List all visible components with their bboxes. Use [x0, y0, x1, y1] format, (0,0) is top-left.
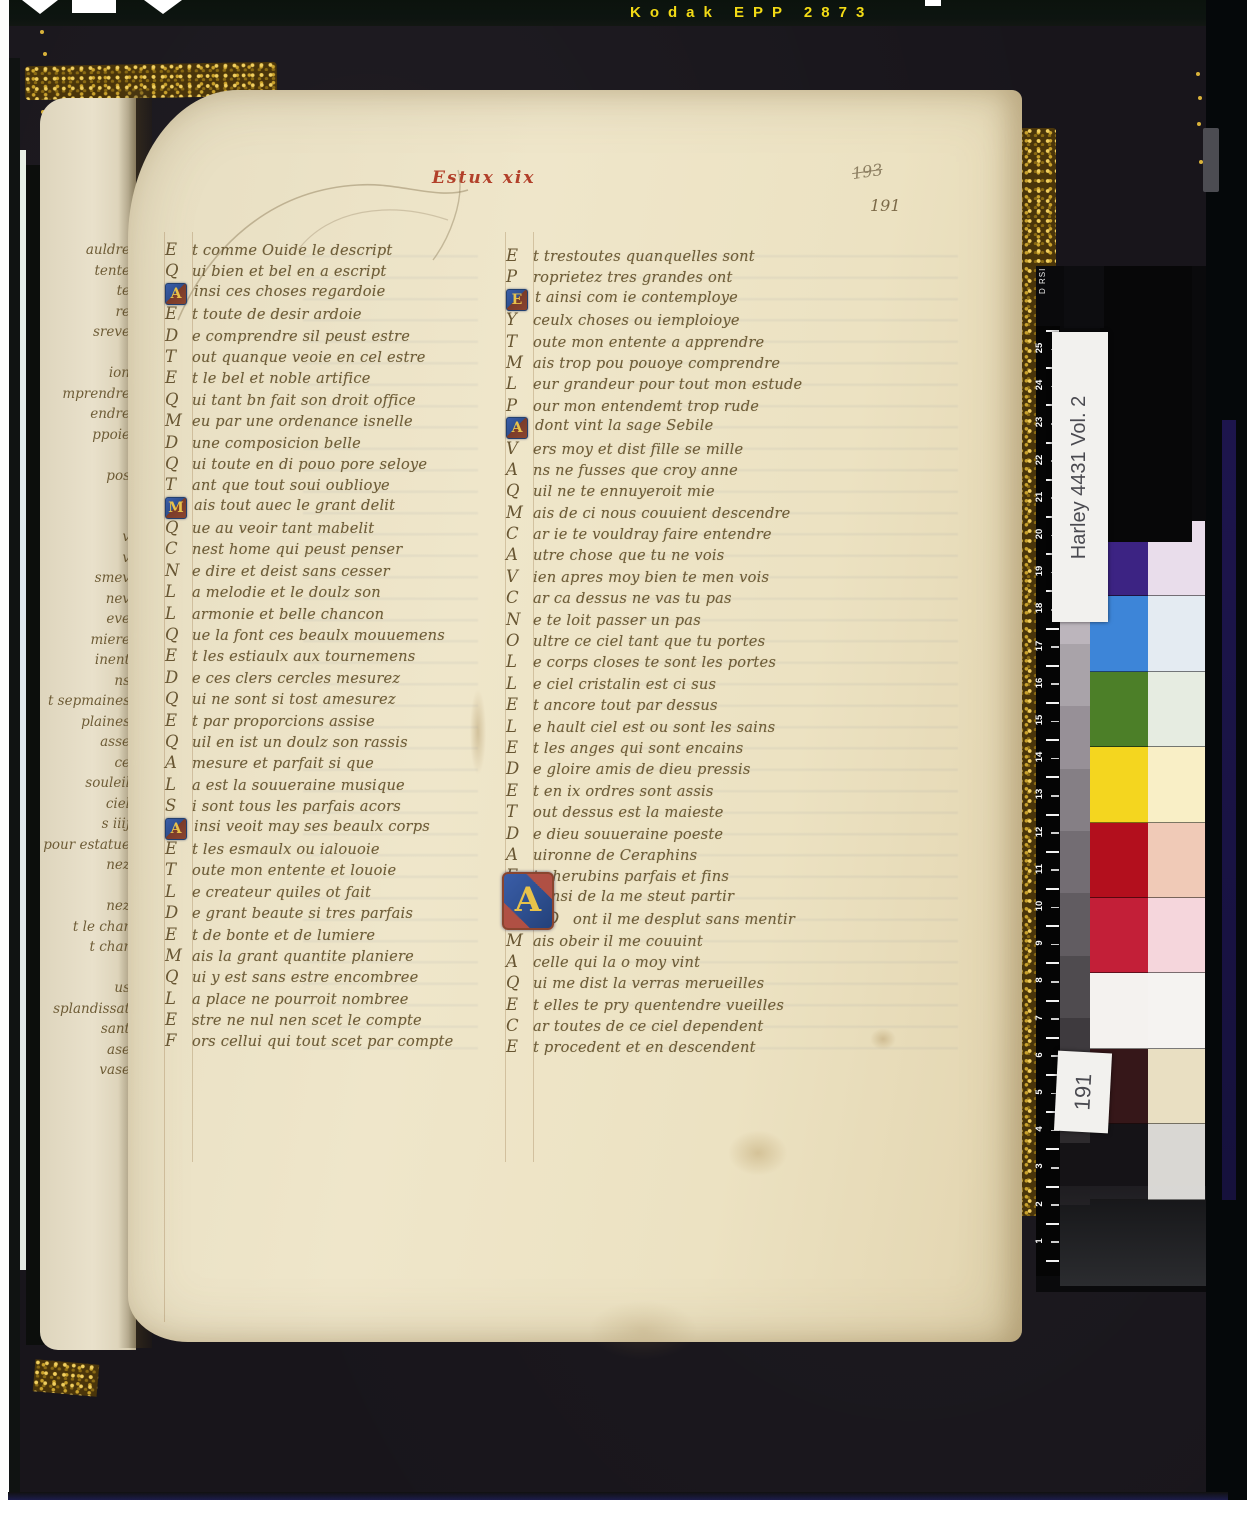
verse-line: Car ca dessus ne vas tu pas — [506, 588, 856, 609]
verse-line: Ainsi ces choses regardoie — [165, 283, 501, 304]
verse-capital: P — [506, 267, 533, 286]
verse-line: Yceulx choses ou iemploioye — [506, 310, 856, 331]
verse-capital: Q — [165, 454, 192, 473]
facing-line-fragment — [40, 445, 130, 466]
patch-maroon-pale — [1148, 1049, 1205, 1124]
patch-red-pale — [1148, 823, 1205, 898]
verse-line: Qui me dist la verras merueilles — [506, 973, 856, 994]
verse-capital: D — [165, 903, 192, 922]
verse-text: a melodie et le doulz son — [192, 584, 381, 601]
facing-line-fragment: inent — [40, 650, 130, 671]
verse-capital: L — [165, 582, 192, 601]
verse-text: uil ne te ennuyeroit mie — [533, 483, 715, 500]
verse-line: Adont vint la sage Sebile — [506, 417, 856, 438]
ruler-tick — [1046, 1000, 1059, 1002]
verse-capital: F — [165, 1031, 192, 1050]
gold-speck — [40, 30, 44, 34]
verse-line: De grant beaute si tres parfais — [165, 903, 501, 924]
verse-line: Que au veoir tant mabelit — [165, 518, 501, 539]
film-notch — [925, 0, 941, 6]
verse-text: ont il me desplut sans mentir — [573, 911, 795, 928]
verse-capital: D — [506, 759, 533, 778]
verse-line: Et comme Ouide le descript — [165, 240, 501, 261]
verse-capital: M — [506, 353, 533, 372]
verse-text: t toute de desir ardoie — [192, 306, 362, 323]
ruler-tick — [1046, 665, 1059, 667]
verse-text: t le bel et noble artifice — [192, 370, 371, 387]
ruler-number: 9 — [1034, 933, 1054, 953]
ruler-tick — [1046, 851, 1059, 853]
facing-line-fragment: pour estatue — [40, 835, 130, 856]
verse-capital: Q — [506, 973, 533, 992]
ruler-number: 11 — [1034, 859, 1054, 879]
verse-line: Car toutes de ce ciel dependent — [506, 1016, 856, 1037]
ruler-tick — [1046, 776, 1059, 778]
verse-line: Et ancore tout par dessus — [506, 695, 856, 716]
ruler-number: 19 — [1034, 561, 1054, 581]
verse-capital: L — [506, 674, 533, 693]
ruler-tick — [1046, 702, 1059, 704]
verse-line: Et procedent et en descendent — [506, 1037, 856, 1058]
film-caption: Kodak EPP 2873 — [630, 4, 873, 21]
running-header-rubric: Estux xix — [432, 168, 536, 188]
film-border-bottom — [0, 1500, 1247, 1536]
ruler-number: 20 — [1034, 524, 1054, 544]
verse-capital: T — [506, 332, 533, 351]
verse-capital: Q — [165, 689, 192, 708]
verse-capital: E — [165, 646, 192, 665]
mount-tab — [1203, 128, 1219, 192]
verse-capital: T — [165, 475, 192, 494]
ruler-number: 3 — [1034, 1156, 1054, 1176]
verse-capital: L — [506, 652, 533, 671]
verse-line: Meu par une ordenance isnelle — [165, 411, 501, 432]
verse-capital: E — [506, 246, 533, 265]
verse-line: Tout dessus est la maieste — [506, 802, 856, 823]
verse-capital: E — [165, 711, 192, 730]
verse-capital: E — [506, 1037, 533, 1056]
ruler-tick — [1046, 1148, 1059, 1150]
chart-black-panel — [1100, 266, 1192, 542]
facing-line-fragment — [40, 343, 130, 364]
ruler-number: 12 — [1034, 822, 1054, 842]
verse-capital: Q — [165, 967, 192, 986]
verse-text: ar toutes de ce ciel dependent — [533, 1018, 763, 1035]
facing-line-fragment: ce — [40, 753, 130, 774]
illuminated-initial-small: A — [165, 283, 187, 305]
verse-capital: Q — [165, 732, 192, 751]
facing-line-fragment: us — [40, 978, 130, 999]
verse-text: t les anges qui sont encains — [533, 740, 743, 757]
ruler-number: 1 — [1034, 1231, 1054, 1251]
verse-text: t les estiaulx aux tournemens — [192, 648, 415, 665]
verse-text: e dieu souueraine poeste — [533, 826, 723, 843]
grayscale-step — [1060, 706, 1090, 768]
verse-capital: L — [506, 717, 533, 736]
illuminated-initial-small: E — [506, 289, 528, 311]
ruler-number: 13 — [1034, 784, 1054, 804]
verse-text: ui tant bn fait son droit office — [192, 392, 416, 409]
verse-capital: T — [165, 347, 192, 366]
ruler-tick — [1046, 888, 1059, 890]
verse-capital: E — [165, 839, 192, 858]
verse-line: insi de la me steut partir — [506, 888, 856, 909]
patch-yellow-pale — [1148, 747, 1205, 822]
facing-line-fragment — [40, 876, 130, 897]
verse-line: Mais obeir il me couuint — [506, 931, 856, 952]
gold-speck — [1198, 96, 1202, 100]
verse-line: Ne dire et deist sans cesser — [165, 561, 501, 582]
facing-line-fragment — [40, 958, 130, 979]
scale-caption: D RSI — [1038, 268, 1047, 294]
verse-capital: V — [506, 567, 533, 586]
facing-line-fragment: pos — [40, 466, 130, 487]
verse-text: t cherubins parfais et fins — [533, 868, 729, 885]
verse-capital: O — [506, 631, 533, 650]
verse-text: e gloire amis de dieu pressis — [533, 761, 751, 778]
folio-label-text: 191 — [1069, 1073, 1097, 1111]
verse-text: out dessus est la maieste — [533, 804, 724, 821]
facing-page-fragments: auldretenteteresreveionmprendreendreppoi… — [40, 240, 130, 1081]
gold-speck — [1196, 72, 1200, 76]
verse-text: ais la grant quantite planiere — [192, 948, 414, 965]
grayscale-step — [1060, 956, 1090, 1018]
manuscript-photograph: Kodak EPP 2873 auldretenteteresreveionmp… — [0, 0, 1247, 1536]
verse-capital: L — [165, 989, 192, 1008]
verse-line: Larmonie et belle chancon — [165, 604, 501, 625]
verse-capital: C — [506, 1016, 533, 1035]
verse-text: roprietez tres grandes ont — [533, 269, 733, 286]
ruler-number: 21 — [1034, 487, 1054, 507]
verse-text: e ces clers cercles mesurez — [192, 670, 400, 687]
verse-text: ui toute en di pouo pore seloye — [192, 456, 427, 473]
verse-line: Qui ne sont si tost amesurez — [165, 689, 501, 710]
ruler-tick — [1046, 1260, 1059, 1262]
verse-text: oute mon entente et louoie — [192, 862, 396, 879]
facing-line-fragment: sant — [40, 1019, 130, 1040]
illuminated-initial-small: M — [165, 497, 187, 519]
verse-capital: A — [165, 753, 192, 772]
facing-line-fragment — [40, 507, 130, 528]
verse-text: t ancore tout par dessus — [533, 697, 718, 714]
parchment-stain — [588, 1300, 698, 1360]
verse-capital: M — [506, 931, 533, 950]
verse-line: Oultre ce ciel tant que tu portes — [506, 631, 856, 652]
verse-text: ais obeir il me couuint — [533, 933, 703, 950]
patch-row — [1090, 672, 1205, 747]
patch-green-pale — [1148, 672, 1205, 747]
facing-line-fragment: nev — [40, 589, 130, 610]
verse-line: De ces clers cercles mesurez — [165, 668, 501, 689]
verse-text: celle qui la o moy vint — [533, 954, 700, 971]
parchment-stain — [728, 1130, 788, 1176]
verse-line: Le corps closes te sont les portes — [506, 652, 856, 673]
chart-black-top — [1064, 266, 1104, 328]
verse-text: une composicion belle — [192, 435, 361, 452]
ruler-number: 6 — [1034, 1045, 1054, 1065]
verse-line: Amesure et parfait si que — [165, 753, 501, 774]
verse-text: e corps closes te sont les portes — [533, 654, 776, 671]
facing-line-fragment: ion — [40, 363, 130, 384]
ruler-number: 15 — [1034, 710, 1054, 730]
verse-text: utre chose que tu ne vois — [533, 547, 724, 564]
verse-text: uil en ist un doulz son rassis — [192, 734, 408, 751]
facing-line-fragment: re — [40, 302, 130, 323]
verse-capital: A — [506, 952, 533, 971]
facing-line-fragment: nez — [40, 855, 130, 876]
verse-text: t comme Ouide le descript — [192, 242, 393, 259]
verse-text: ui y est sans estre encombree — [192, 969, 418, 986]
facing-line-fragment: nez — [40, 896, 130, 917]
facing-line-fragment: smev — [40, 568, 130, 589]
verse-line: Mais la grant quantite planiere — [165, 946, 501, 967]
folio-label: 191 — [1054, 1051, 1112, 1134]
verse-capital: E — [165, 304, 192, 323]
verse-capital: N — [506, 610, 533, 629]
verse-line: Et cherubins parfais et fins — [506, 866, 856, 887]
verse-capital: Q — [165, 261, 192, 280]
verse-line: Mais trop pou pouoye comprendre — [506, 353, 856, 374]
verse-text: e grant beaute si tres parfais — [192, 905, 413, 922]
patch-white-pale — [1148, 973, 1205, 1048]
facing-line-fragment: splandissat — [40, 999, 130, 1020]
verse-capital: C — [506, 588, 533, 607]
ruler-number: 14 — [1034, 747, 1054, 767]
patch-blue-pale — [1148, 596, 1205, 671]
verse-line: Qui bien et bel en a escript — [165, 261, 501, 282]
verse-text: a est la souueraine musique — [192, 777, 405, 794]
verse-line: Dune composicion belle — [165, 433, 501, 454]
facing-line-fragment: mprendre — [40, 384, 130, 405]
ruler-number: 5 — [1034, 1082, 1054, 1102]
ruler-number: 16 — [1034, 673, 1054, 693]
verse-line: Et les estiaulx aux tournemens — [165, 646, 501, 667]
verse-text: t par proporcions assise — [192, 713, 375, 730]
verse-line: Auironne de Ceraphins — [506, 845, 856, 866]
verse-capital: Q — [165, 390, 192, 409]
film-light-streak — [1222, 420, 1236, 1200]
ruler-number: 10 — [1034, 896, 1054, 916]
film-rebate-left — [9, 58, 20, 1508]
facing-line-fragment: eve — [40, 609, 130, 630]
ruler-tick — [1046, 962, 1059, 964]
verse-capital: E — [165, 925, 192, 944]
color-calibration-chart: 2524232221201918171615141312111098765432… — [1036, 266, 1206, 1292]
verse-capital: C — [165, 539, 192, 558]
verse-line: Le hault ciel est ou sont les sains — [506, 717, 856, 738]
ruler-tick — [1046, 1037, 1059, 1039]
ruler-number: 23 — [1034, 412, 1054, 432]
verse-line: Quil en ist un doulz son rassis — [165, 732, 501, 753]
volume-label-text: Harley 4431 Vol. 2 — [1069, 395, 1092, 558]
verse-line: Quil ne te ennuyeroit mie — [506, 481, 856, 502]
patch-white — [1090, 973, 1148, 1048]
verse-line: Qui y est sans estre encombree — [165, 967, 501, 988]
film-fringe-bottom — [8, 1492, 1228, 1500]
verse-line: Qui toute en di pouo pore seloye — [165, 454, 501, 475]
ruler-number: 2 — [1034, 1194, 1054, 1214]
verse-capital: E — [506, 995, 533, 1014]
text-column-right: Et trestoutes quanquelles sontProprietez… — [506, 246, 856, 1059]
verse-text: ais trop pou pouoye comprendre — [533, 355, 780, 372]
verse-text: e createur quiles ot fait — [192, 884, 371, 901]
verse-line: Pour mon entendemt trop rude — [506, 396, 856, 417]
volume-label: Harley 4431 Vol. 2 — [1052, 332, 1108, 622]
verse-text: ue la font ces beaulx mouuemens — [192, 627, 445, 644]
verse-line: Et elles te pry quentendre vueilles — [506, 995, 856, 1016]
illuminated-initial-large: A — [502, 872, 554, 930]
facing-line-fragment: ns — [40, 671, 130, 692]
verse-line: Car ie te vouldray faire entendre — [506, 524, 856, 545]
patch-crimson — [1090, 898, 1148, 973]
verse-capital: D — [165, 668, 192, 687]
verse-capital: D — [165, 326, 192, 345]
verse-line: Et les anges qui sont encains — [506, 738, 856, 759]
verse-text: uironne de Ceraphins — [533, 847, 697, 864]
verse-capital: E — [165, 368, 192, 387]
verse-text: eur grandeur pour tout mon estude — [533, 376, 802, 393]
verse-capital: N — [165, 561, 192, 580]
facing-line-fragment: endre — [40, 404, 130, 425]
verse-capital: S — [165, 796, 192, 815]
verse-line: Et en ix ordres sont assis — [506, 781, 856, 802]
verse-line: Et de bonte et de lumiere — [165, 925, 501, 946]
facing-line-fragment: v — [40, 548, 130, 569]
verse-line: Qui tant bn fait son droit office — [165, 390, 501, 411]
verse-capital: Q — [165, 625, 192, 644]
verse-text: ais tout auec le grant delit — [194, 497, 395, 514]
verse-line: Mais tout auec le grant delit — [165, 497, 501, 518]
facing-line-fragment: miere — [40, 630, 130, 651]
verse-capital: A — [506, 460, 533, 479]
verse-line: Tant que tout soui oublioye — [165, 475, 501, 496]
verse-capital: E — [506, 781, 533, 800]
verse-text: out quanque veoie en cel estre — [192, 349, 426, 366]
verse-line: Et le bel et noble artifice — [165, 368, 501, 389]
verse-text: t procedent et en descendent — [533, 1039, 756, 1056]
facing-line-fragment: v — [40, 527, 130, 548]
grayscale-step — [1060, 769, 1090, 831]
verse-text: ceulx choses ou iemploioye — [533, 312, 740, 329]
verse-text: mesure et parfait si que — [192, 755, 374, 772]
verse-line: La place ne pourroit nombree — [165, 989, 501, 1010]
verse-capital: L — [165, 775, 192, 794]
gilt-edge-bottom — [33, 1359, 100, 1396]
verse-text: ar ie te vouldray faire entendre — [533, 526, 772, 543]
verse-line: De dieu souueraine poeste — [506, 824, 856, 845]
verse-text: e hault ciel est ou sont les sains — [533, 719, 775, 736]
illuminated-initial-small: A — [165, 818, 187, 840]
verse-text: dont vint la sage Sebile — [535, 417, 713, 434]
verse-line: Que la font ces beaulx mouuemens — [165, 625, 501, 646]
verse-line: Vers moy et dist fille se mille — [506, 439, 856, 460]
ruler-tick — [1046, 925, 1059, 927]
verse-text: t de bonte et de lumiere — [192, 927, 375, 944]
patch-row — [1090, 898, 1205, 973]
verse-line: Et toute de desir ardoie — [165, 304, 501, 325]
facing-line-fragment — [40, 486, 130, 507]
verse-line: Si sont tous les parfais acors — [165, 796, 501, 817]
verse-line: Leur grandeur pour tout mon estude — [506, 374, 856, 395]
verse-text: e ciel cristalin est ci sus — [533, 676, 716, 693]
verse-text: ors cellui qui tout scet par compte — [192, 1033, 453, 1050]
verse-text: a place ne pourroit nombree — [192, 991, 409, 1008]
verse-line: Et par proporcions assise — [165, 711, 501, 732]
patch-row — [1090, 747, 1205, 822]
verse-line: La melodie et le doulz son — [165, 582, 501, 603]
verse-line: Mais de ci nous couuient descendre — [506, 503, 856, 524]
verse-line: Dont il me desplut sans mentir — [506, 909, 856, 930]
verse-capital: D — [506, 824, 533, 843]
ruler-number: 25 — [1034, 338, 1054, 358]
ruler-tick — [1046, 739, 1059, 741]
ruler-number: 22 — [1034, 450, 1054, 470]
facing-line-fragment: auldre — [40, 240, 130, 261]
verse-line: Le ciel cristalin est ci sus — [506, 674, 856, 695]
facing-line-fragment: plaines — [40, 712, 130, 733]
verse-line: De comprendre sil peust estre — [165, 326, 501, 347]
verse-line: Tout quanque veoie en cel estre — [165, 347, 501, 368]
verse-text: ant que tout soui oublioye — [192, 477, 390, 494]
sleeve-glare — [1060, 1186, 1206, 1286]
verse-capital: M — [506, 503, 533, 522]
facing-line-fragment: asse — [40, 732, 130, 753]
verse-capital: A — [506, 545, 533, 564]
verse-text: i sont tous les parfais acors — [192, 798, 401, 815]
verse-capital: P — [506, 396, 533, 415]
verse-capital: Q — [165, 518, 192, 537]
patch-green — [1090, 672, 1148, 747]
verse-text: t les esmaulx ou ialouoie — [192, 841, 380, 858]
facing-line-fragment: te — [40, 281, 130, 302]
verse-capital: L — [165, 882, 192, 901]
verse-text: insi veoit may ses beaulx corps — [194, 818, 430, 835]
verse-line: Vien apres moy bien te men vois — [506, 567, 856, 588]
verse-capital: L — [506, 374, 533, 393]
verse-line: Autre chose que tu ne vois — [506, 545, 856, 566]
verse-capital: E — [506, 695, 533, 714]
verse-text: ue au veoir tant mabelit — [192, 520, 374, 537]
verse-text: armonie et belle chancon — [192, 606, 384, 623]
film-edge-strip — [0, 0, 1247, 26]
facing-line-fragment: t le char — [40, 917, 130, 938]
verse-capital: D — [165, 433, 192, 452]
verse-line: Toute mon entente et louoie — [165, 860, 501, 881]
verse-text: ultre ce ciel tant que tu portes — [533, 633, 765, 650]
verse-capital: T — [165, 860, 192, 879]
verse-text: ns ne fusses que croy anne — [533, 462, 738, 479]
verse-line: Ne te loit passer un pas — [506, 610, 856, 631]
ruler-number: 8 — [1034, 970, 1054, 990]
verse-text: t trestoutes quanquelles sont — [533, 248, 755, 265]
verse-capital: V — [506, 439, 533, 458]
verse-text: ers moy et dist fille se mille — [533, 441, 743, 458]
verse-text: t elles te pry quentendre vueilles — [533, 997, 784, 1014]
patch-crimson-pale — [1148, 898, 1205, 973]
verse-line: Estre ne nul nen scet le compte — [165, 1010, 501, 1031]
facing-line-fragment: ppoie — [40, 425, 130, 446]
patch-yellow — [1090, 747, 1148, 822]
ruler-tick — [1046, 628, 1059, 630]
verse-capital: Y — [506, 310, 533, 329]
verse-line: Et ainsi com ie contemploye — [506, 289, 856, 310]
verse-line: La est la souueraine musique — [165, 775, 501, 796]
verse-text: our mon entendemt trop rude — [533, 398, 759, 415]
foliation-struck: 193 — [851, 160, 884, 183]
verse-capital: M — [165, 411, 192, 430]
verse-capital: M — [165, 946, 192, 965]
verse-capital: E — [165, 240, 192, 259]
